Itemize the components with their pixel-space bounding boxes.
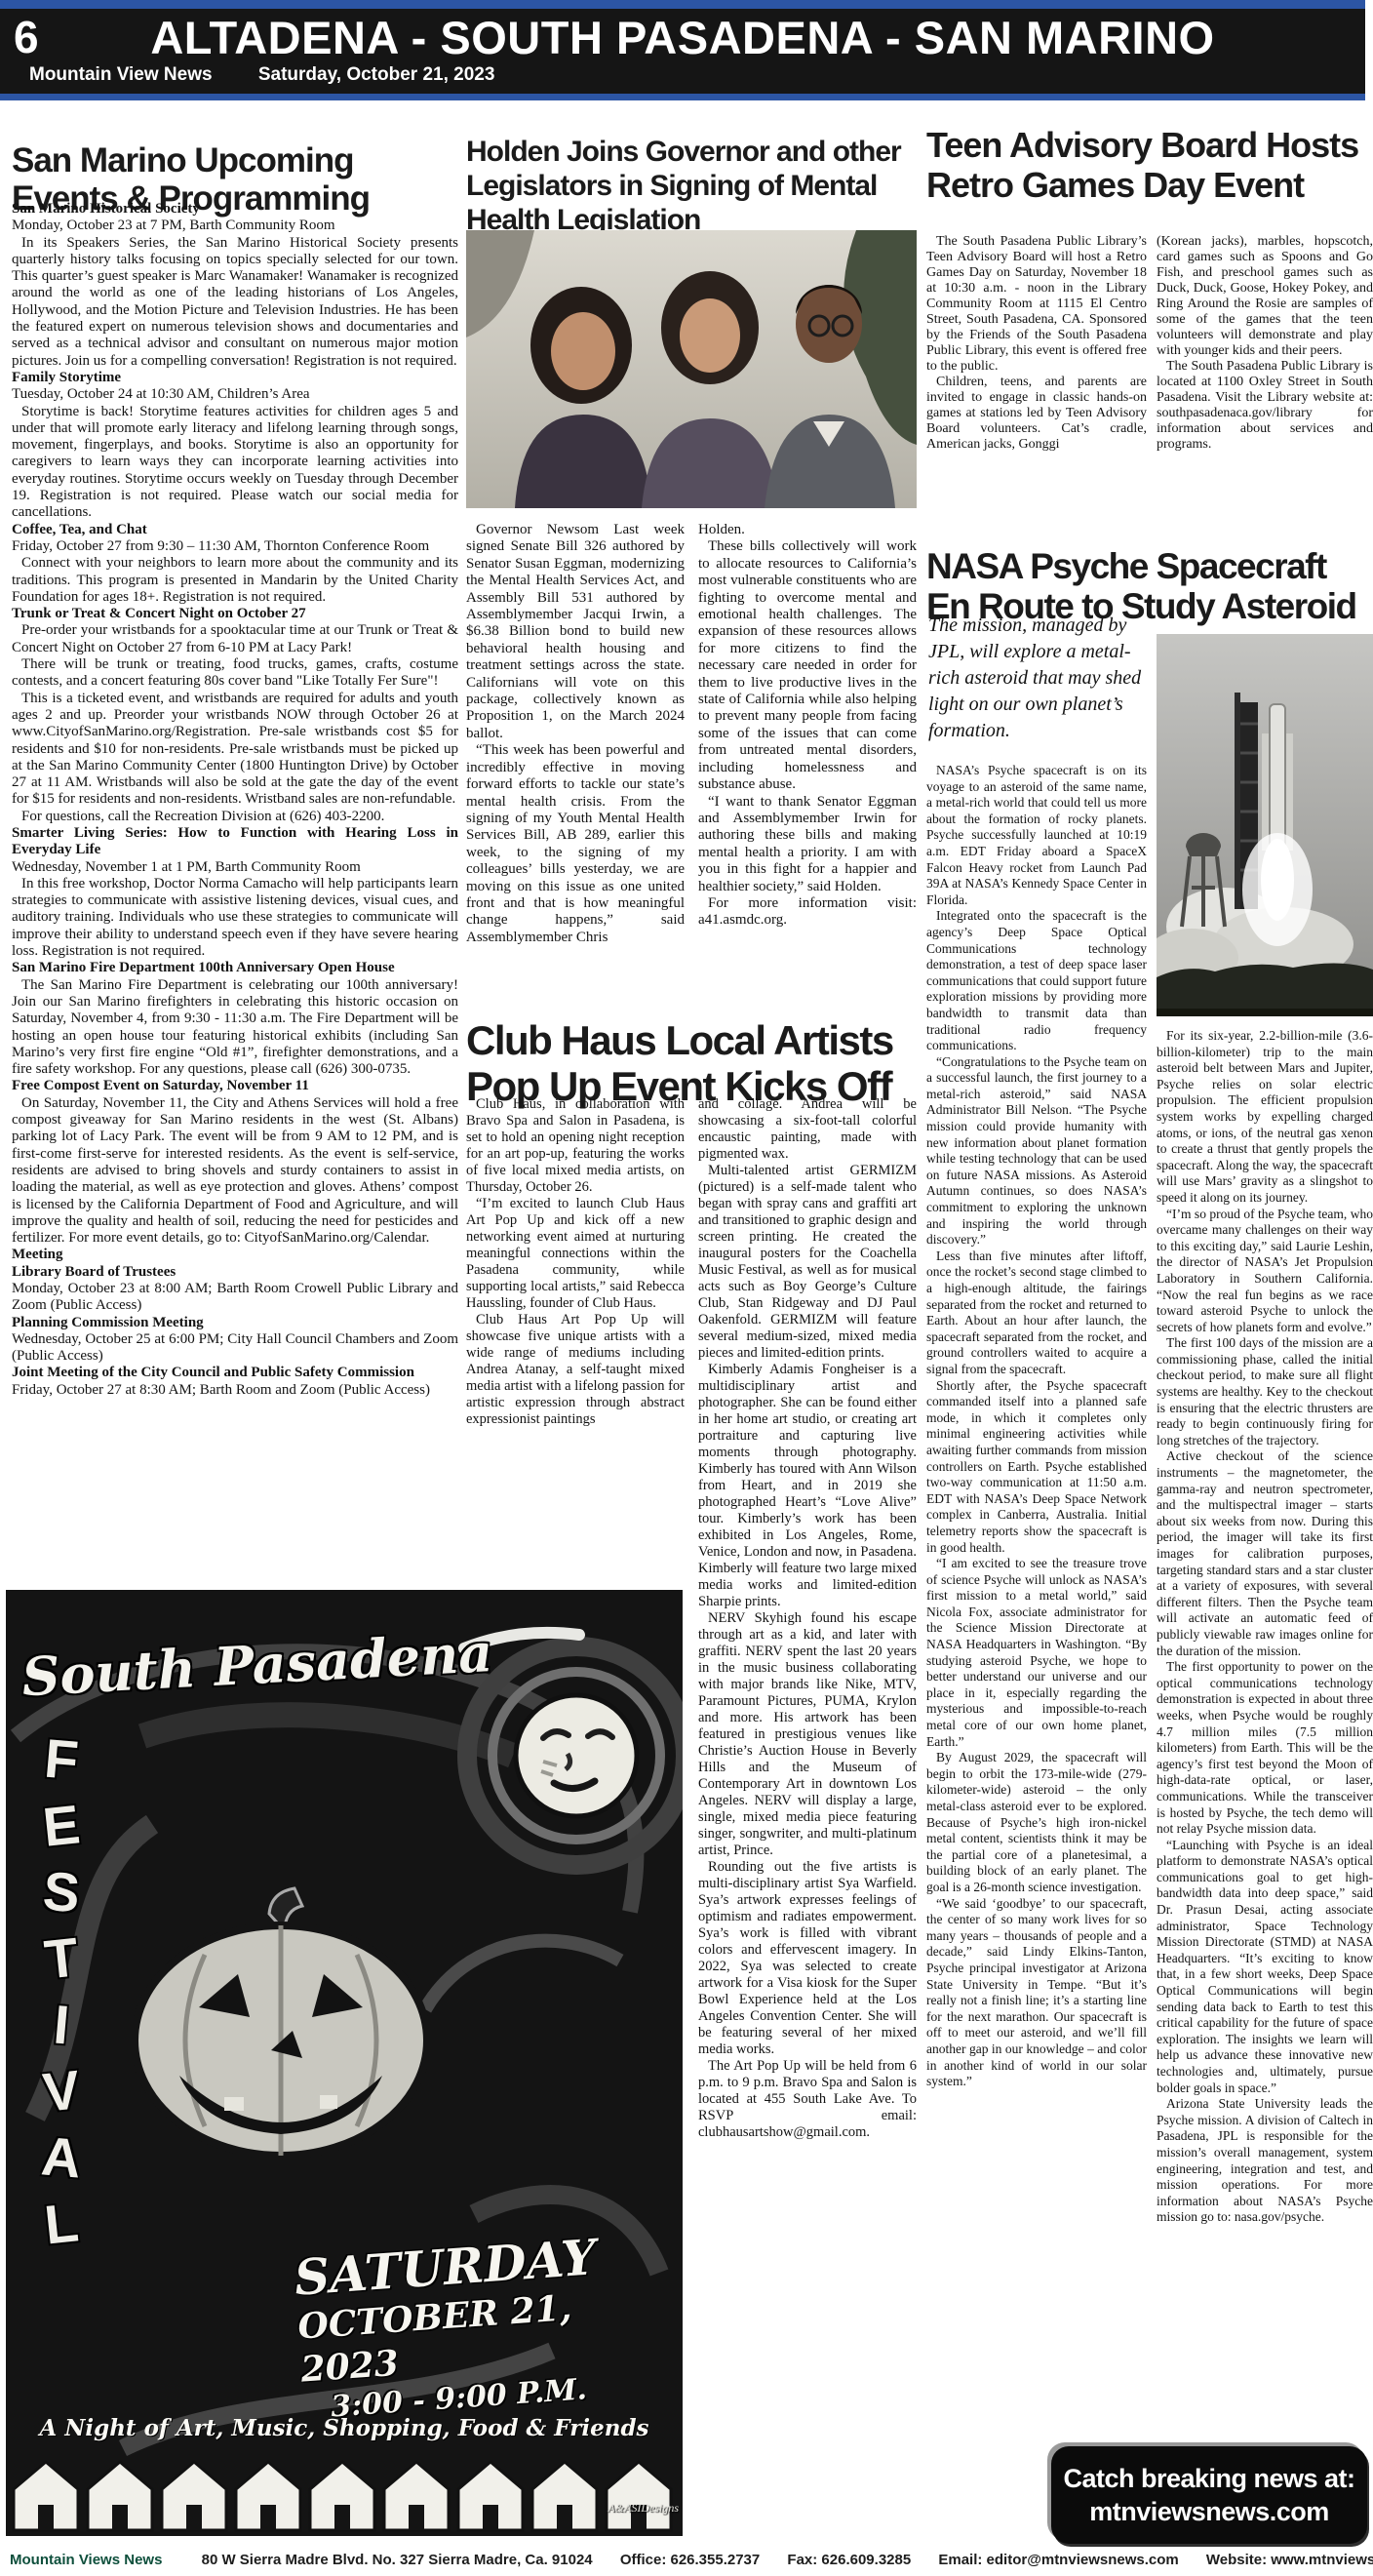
paragraph: The South Pasadena Public Library’s Teen… <box>926 234 1147 375</box>
article-body-nasa-col2: For its six-year, 2.2-billion-mile (3.6-… <box>1157 1028 1373 2444</box>
paragraph: NERV Skyhigh found his escape through ar… <box>698 1610 917 1859</box>
article-body-san-marino: San Marino Historical SocietyMonday, Oct… <box>12 201 458 1590</box>
nasa-deck: The mission, managed by JPL, will explor… <box>928 613 1155 753</box>
paragraph: “I am excited to see the treasure trove … <box>926 1556 1147 1750</box>
paragraph: The first opportunity to power on the op… <box>1157 1659 1373 1838</box>
paragraph: These bills collectively will work to al… <box>698 538 917 793</box>
poster-letter: S <box>17 1855 106 1928</box>
holden-photo <box>466 230 917 508</box>
paragraph: Planning Commission Meeting <box>12 1315 458 1331</box>
breaking-news-url: mtnviewsnews.com <box>1089 2495 1329 2528</box>
paragraph: Pre-order your wristbands for a spooktac… <box>12 622 458 656</box>
footer-address: 80 W Sierra Madre Blvd. No. 327 Sierra M… <box>202 2552 593 2568</box>
paragraph: By August 2029, the spacecraft will begi… <box>926 1750 1147 1895</box>
paragraph: Arizona State University leads the Psych… <box>1157 2096 1373 2226</box>
article-body-teen-col1: The South Pasadena Public Library’s Teen… <box>926 234 1147 527</box>
paragraph: Children, teens, and parents are invited… <box>926 375 1147 453</box>
paragraph: “Launching with Psyche is an ideal platf… <box>1157 1838 1373 2097</box>
holden-photo-illustration <box>466 230 917 508</box>
paragraph: For more information visit: a41.asmdc.or… <box>698 895 917 930</box>
paragraph: Club Haus Art Pop Up will showcase five … <box>466 1312 685 1428</box>
article-body-club-col2: and collage. Andrea will be showcasing a… <box>698 1096 917 2538</box>
poster-letter: I <box>17 1988 106 2061</box>
paragraph: Monday, October 23 at 7 PM, Barth Commun… <box>12 218 458 234</box>
paragraph: The South Pasadena Public Library is loc… <box>1157 359 1373 453</box>
moon-face <box>516 1695 637 1816</box>
paragraph: The first 100 days of the mission are a … <box>1157 1335 1373 1448</box>
paragraph: Free Compost Event on Saturday, November… <box>12 1078 458 1094</box>
paragraph: In its Speakers Series, the San Marino H… <box>12 235 458 370</box>
paragraph: San Marino Fire Department 100th Anniver… <box>12 960 458 976</box>
paragraph: Active checkout of the science instrumen… <box>1157 1448 1373 1659</box>
article-body-holden-col2: Holden.These bills collectively will wor… <box>698 522 917 988</box>
paragraph: Connect with your neighbors to learn mor… <box>12 555 458 606</box>
paragraph: In this free workshop, Doctor Norma Cama… <box>12 876 458 960</box>
masthead-name: Mountain View News <box>29 64 213 85</box>
poster-vertical-word: FESTIVAL <box>20 1726 103 2257</box>
masthead-line: Mountain View News Saturday, October 21,… <box>29 64 494 86</box>
page-header: 6 ALTADENA - SOUTH PASADENA - SAN MARINO… <box>0 0 1365 94</box>
paragraph: NASA’s Psyche spacecraft is on its voyag… <box>926 763 1147 908</box>
paragraph: Friday, October 27 from 9:30 – 11:30 AM,… <box>12 538 458 555</box>
paragraph: The San Marino Fire Department is celebr… <box>12 977 458 1079</box>
footer-fax: Fax: 626.609.3285 <box>787 2552 911 2568</box>
paragraph: “I’m excited to launch Club Haus Art Pop… <box>466 1196 685 1312</box>
paragraph: San Marino Historical Society <box>12 201 458 218</box>
paragraph: Joint Meeting of the City Council and Pu… <box>12 1365 458 1381</box>
issue-date: Saturday, October 21, 2023 <box>258 64 495 85</box>
breaking-news-box: Catch breaking news at: mtnviewsnews.com <box>1051 2446 1367 2544</box>
paragraph: For its six-year, 2.2-billion-mile (3.6-… <box>1157 1028 1373 1207</box>
festival-poster: South Pasadena FESTIVAL SATURDAY OCTOBER… <box>6 1590 683 2536</box>
houses-row <box>14 2462 671 2530</box>
paragraph: Club Haus, in collaboration with Bravo S… <box>466 1096 685 1196</box>
poster-letter: T <box>17 1922 107 1997</box>
headline-teen-advisory: Teen Advisory Board Hosts Retro Games Da… <box>926 125 1373 205</box>
header-divider <box>0 94 1365 100</box>
paragraph: Rounding out the five artists is multi-d… <box>698 1859 917 2058</box>
paragraph: Friday, October 27 at 8:30 AM; Barth Roo… <box>12 1382 458 1399</box>
article-body-club-col1: Club Haus, in collaboration with Bravo S… <box>466 1096 685 1576</box>
rocket-launch-illustration <box>1157 634 1373 1016</box>
paragraph: Shortly after, the Psyche spacecraft com… <box>926 1378 1147 1557</box>
paragraph: Monday, October 23 at 8:00 AM; Barth Roo… <box>12 1281 458 1315</box>
paragraph: The Art Pop Up will be held from 6 p.m. … <box>698 2058 917 2141</box>
page-footer: Mountain Views News 80 W Sierra Madre Bl… <box>10 2552 1371 2568</box>
paragraph: Library Board of Trustees <box>12 1264 458 1281</box>
breaking-news-line1: Catch breaking news at: <box>1063 2462 1354 2495</box>
poster-artist-credit: A&ASIDesigns <box>608 2501 679 2516</box>
region-title: ALTADENA - SOUTH PASADENA - SAN MARINO <box>0 11 1365 64</box>
paragraph: Wednesday, October 25 at 6:00 PM; City H… <box>12 1331 458 1366</box>
paragraph: Coffee, Tea, and Chat <box>12 522 458 538</box>
paragraph: Holden. <box>698 522 917 538</box>
paragraph: and collage. Andrea will be showcasing a… <box>698 1096 917 1163</box>
paragraph: Wednesday, November 1 at 1 PM, Barth Com… <box>12 859 458 876</box>
poster-letter: E <box>17 1789 107 1864</box>
paragraph: There will be trunk or treating, food tr… <box>12 656 458 691</box>
paragraph: Integrated onto the spacecraft is the ag… <box>926 908 1147 1053</box>
paragraph: Trunk or Treat & Concert Night on Octobe… <box>12 606 458 622</box>
poster-letter: L <box>17 2187 107 2262</box>
paragraph: Less than five minutes after liftoff, on… <box>926 1248 1147 1378</box>
poster-letter: F <box>17 1723 106 1796</box>
paragraph: Meeting <box>12 1247 458 1263</box>
article-body-nasa-col1: NASA’s Psyche spacecraft is on its voyag… <box>926 763 1147 2405</box>
footer-website: Website: www.mtnviewsnews.com <box>1206 2552 1373 2568</box>
newspaper-page: 6 ALTADENA - SOUTH PASADENA - SAN MARINO… <box>0 0 1373 2576</box>
paragraph: Kimberly Adamis Fongheiser is a multidis… <box>698 1362 917 1610</box>
headline-holden: Holden Joins Governor and other Legislat… <box>466 135 921 237</box>
paragraph: “Congratulations to the Psyche team on a… <box>926 1054 1147 1248</box>
poster-letter: A <box>17 2120 106 2194</box>
footer-email: Email: editor@mtnviewsnews.com <box>938 2552 1178 2568</box>
article-body-holden-col1: Governor Newsom Last week signed Senate … <box>466 522 685 988</box>
paragraph: Family Storytime <box>12 370 458 386</box>
paragraph: Multi-talented artist GERMIZM (pictured)… <box>698 1163 917 1362</box>
paragraph: On Saturday, November 11, the City and A… <box>12 1095 458 1248</box>
paragraph: Tuesday, October 24 at 10:30 AM, Childre… <box>12 386 458 403</box>
poster-date-block: SATURDAY OCTOBER 21, 2023 3:00 - 9:00 P.… <box>293 2225 683 2429</box>
paragraph: Storytime is back! Storytime features ac… <box>12 404 458 522</box>
paragraph: “I’m so proud of the Psyche team, who ov… <box>1157 1207 1373 1336</box>
paragraph: For questions, call the Recreation Divis… <box>12 809 458 825</box>
footer-paper-name: Mountain Views News <box>10 2552 162 2568</box>
paragraph: Governor Newsom Last week signed Senate … <box>466 522 685 742</box>
paragraph: This is a ticketed event, and wristbands… <box>12 691 458 809</box>
paragraph: Smarter Living Series: How to Function w… <box>12 825 458 859</box>
poster-tagline: A Night of Art, Music, Shopping, Food & … <box>6 2415 683 2441</box>
paragraph: (Korean jacks), marbles, hopscotch, card… <box>1157 234 1373 359</box>
poster-letter: V <box>17 2054 107 2129</box>
paragraph: “This week has been powerful and incredi… <box>466 742 685 946</box>
article-body-teen-col2: (Korean jacks), marbles, hopscotch, card… <box>1157 234 1373 527</box>
paragraph: “I want to thank Senator Eggman and Asse… <box>698 794 917 895</box>
footer-office-phone: Office: 626.355.2737 <box>620 2552 760 2568</box>
rocket-launch-photo <box>1157 634 1373 1016</box>
paragraph: “We said ‘goodbye’ to our spacecraft, th… <box>926 1896 1147 2090</box>
